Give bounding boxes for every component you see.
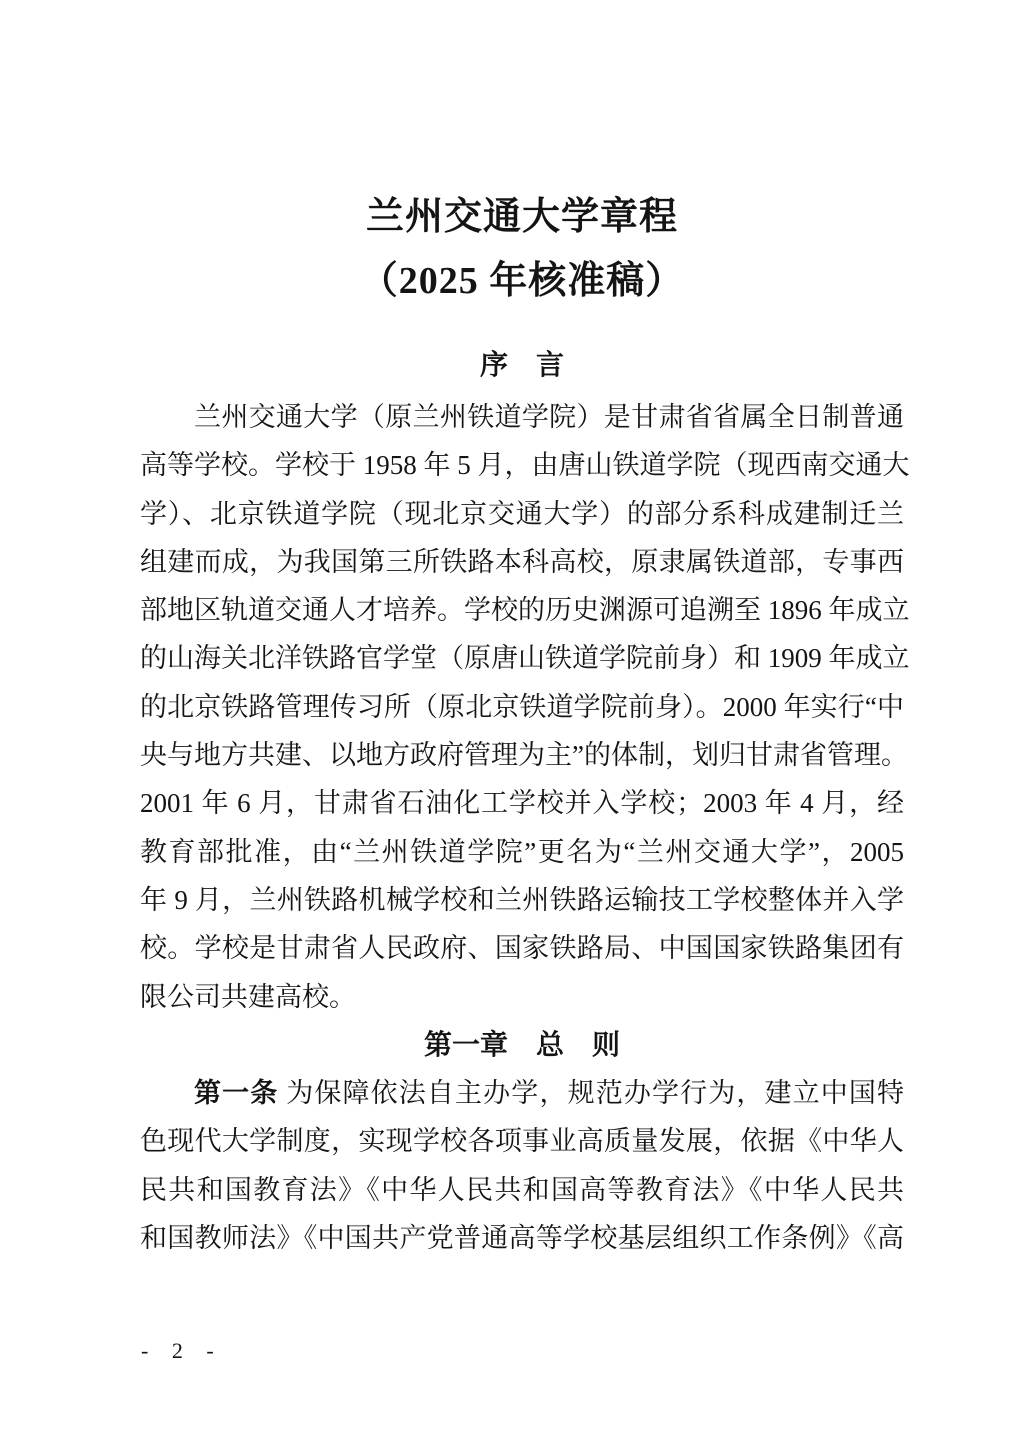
preface-line: 限公司共建高校。 bbox=[140, 973, 904, 1021]
preface-line: 高等学校。学校于 1958 年 5 月，由唐山铁道学院（现西南交通大 bbox=[140, 441, 904, 489]
document-title-line1: 兰州交通大学章程 bbox=[140, 185, 904, 249]
article-1-term: 第一条 bbox=[194, 1078, 278, 1108]
article-line: 色现代大学制度，实现学校各项事业高质量发展，依据《中华人 bbox=[140, 1117, 904, 1165]
preface-paragraph: 兰州交通大学（原兰州铁道学院）是甘肃省省属全日制普通 高等学校。学校于 1958… bbox=[140, 393, 904, 1021]
preface-line: 组建而成，为我国第三所铁路本科高校，原隶属铁道部，专事西 bbox=[140, 538, 904, 586]
preface-line: 年 9 月，兰州铁路机械学校和兰州铁路运输技工学校整体并入学 bbox=[140, 876, 904, 924]
document-page: 兰州交通大学章程 （2025 年核准稿） 序 言 兰州交通大学（原兰州铁道学院）… bbox=[0, 0, 1024, 1448]
preface-line: 2001 年 6 月，甘肃省石油化工学校并入学校；2003 年 4 月，经 bbox=[140, 779, 904, 827]
article-1-line1-text: 为保障依法自主办学，规范办学行为，建立中国特 bbox=[278, 1078, 904, 1108]
preface-heading: 序 言 bbox=[140, 341, 904, 389]
article-1-paragraph: 第一条 为保障依法自主办学，规范办学行为，建立中国特 色现代大学制度，实现学校各… bbox=[140, 1069, 904, 1262]
preface-line: 的山海关北洋铁路官学堂（原唐山铁道学院前身）和 1909 年成立 bbox=[140, 634, 904, 682]
preface-line: 兰州交通大学（原兰州铁道学院）是甘肃省省属全日制普通 bbox=[140, 393, 904, 441]
preface-line: 部地区轨道交通人才培养。学校的历史渊源可追溯至 1896 年成立 bbox=[140, 586, 904, 634]
page-number: - 2 - bbox=[141, 1338, 223, 1364]
article-line: 民共和国教育法》《中华人民共和国高等教育法》《中华人民共 bbox=[140, 1166, 904, 1214]
article-line: 和国教师法》《中国共产党普通高等学校基层组织工作条例》《高 bbox=[140, 1214, 904, 1262]
document-title: 兰州交通大学章程 （2025 年核准稿） bbox=[140, 185, 904, 313]
preface-line: 校。学校是甘肃省人民政府、国家铁路局、中国国家铁路集团有 bbox=[140, 924, 904, 972]
document-title-line2: （2025 年核准稿） bbox=[140, 249, 904, 313]
preface-line: 的北京铁路管理传习所（原北京铁道学院前身）。2000 年实行“中 bbox=[140, 683, 904, 731]
preface-line: 教育部批准，由“兰州铁道学院”更名为“兰州交通大学”，2005 bbox=[140, 828, 904, 876]
article-line: 第一条 为保障依法自主办学，规范办学行为，建立中国特 bbox=[140, 1069, 904, 1117]
document-content: 兰州交通大学章程 （2025 年核准稿） 序 言 兰州交通大学（原兰州铁道学院）… bbox=[140, 0, 904, 1262]
chapter-1-heading: 第一章 总 则 bbox=[140, 1021, 904, 1069]
preface-line: 央与地方共建、以地方政府管理为主”的体制，划归甘肃省管理。 bbox=[140, 731, 904, 779]
preface-line: 学）、北京铁道学院（现北京交通大学）的部分系科成建制迁兰 bbox=[140, 490, 904, 538]
